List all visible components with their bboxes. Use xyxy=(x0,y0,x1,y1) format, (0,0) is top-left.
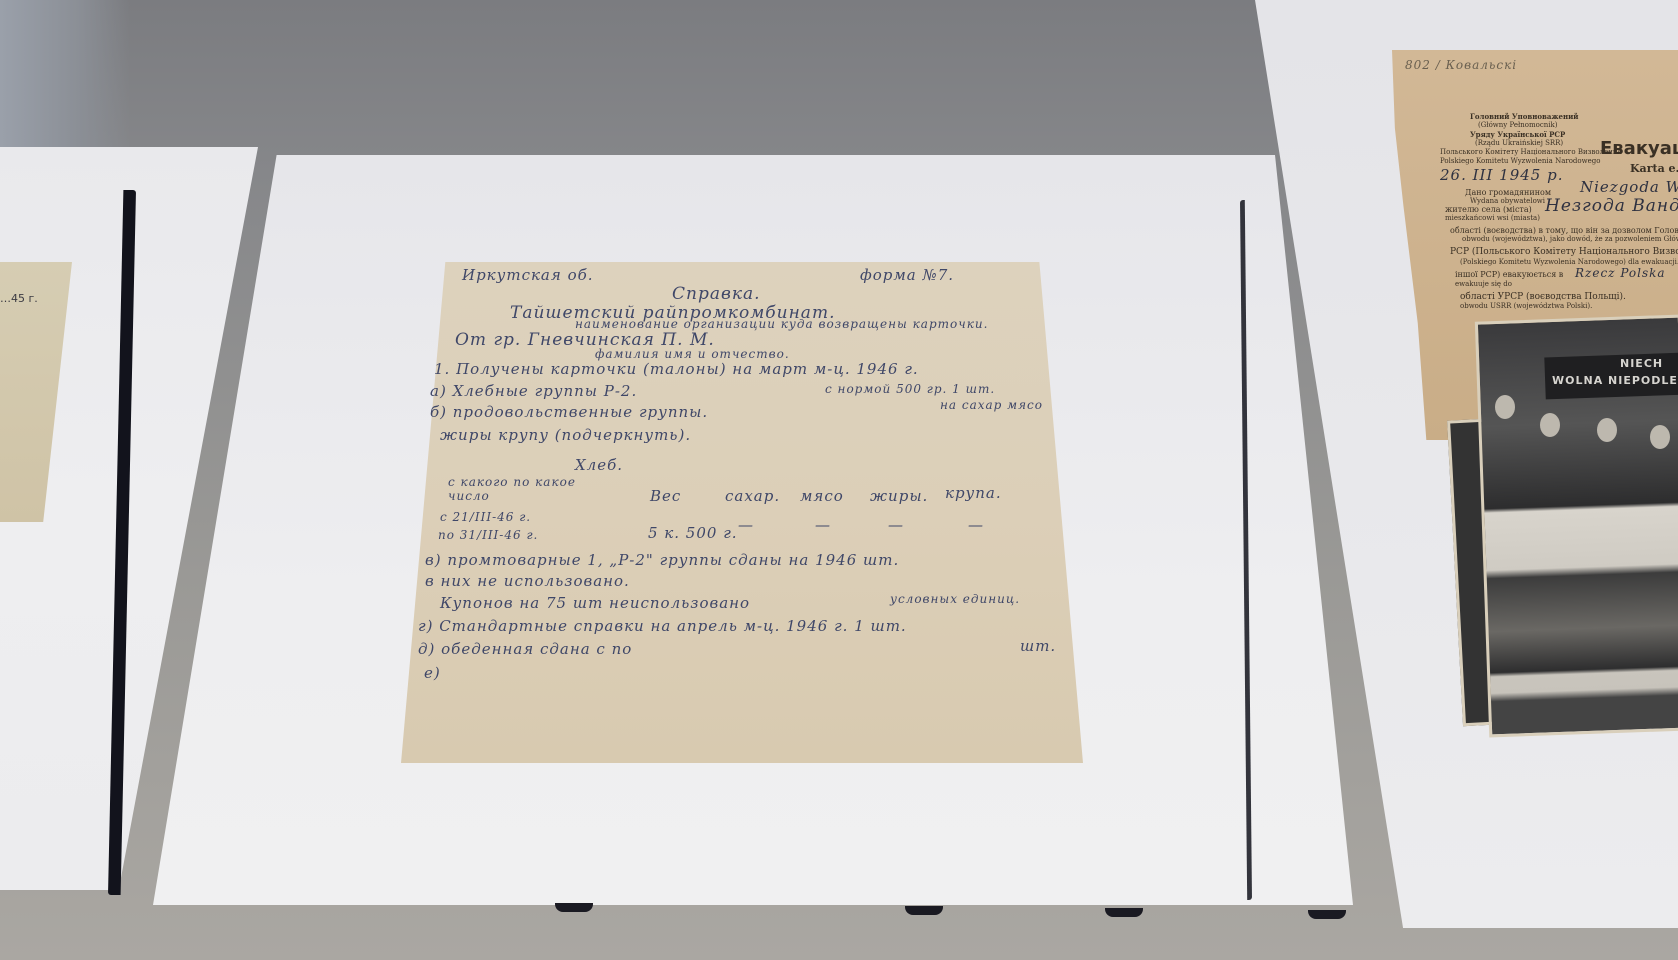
card-header-line: Polskiego Komitetu Wyzwolenia Narodowego xyxy=(1440,157,1600,165)
doc-line-v: в) промтоварные 1, „Р-2" группы сданы на… xyxy=(425,551,899,569)
card-title: Евакуаці… xyxy=(1600,138,1678,159)
photo-person xyxy=(1650,425,1670,449)
doc-row-to: по 31/III-46 г. xyxy=(438,528,538,542)
banner-text-line2: WOLNA NIEPODLEGŁ… xyxy=(1552,374,1678,387)
card-line: Дано громадянином xyxy=(1465,188,1551,197)
wall-glare xyxy=(0,0,130,150)
card-line: РСР (Польського Комітету Національного В… xyxy=(1450,247,1678,257)
doc-line-a-norm: с нормой 500 гр. 1 шт. xyxy=(825,382,995,396)
card-date: 26. ІІІ 1945 р. xyxy=(1440,166,1563,184)
card-line: (Polskiego Komitetu Wyzwolenia Narodoweg… xyxy=(1460,258,1678,266)
card-header-line: (Rządu Ukraińskiej SRR) xyxy=(1475,139,1563,147)
doc-line-coupons-right: условных единиц. xyxy=(890,592,1020,606)
card-line: жителю села (міста) xyxy=(1445,205,1532,214)
doc-table-header-meat: мясо xyxy=(800,487,844,505)
photo-person xyxy=(1540,413,1560,437)
card-line: Wydana obywatelowi xyxy=(1470,197,1545,205)
card-line: obwodu (województwa), jako dowód, że za … xyxy=(1462,235,1678,243)
doc-line-1: 1. Получены карточки (талоны) на март м-… xyxy=(434,360,919,378)
document-left-text: …45 г. xyxy=(0,292,38,305)
card-line: mieszkańcowi wsi (miasta) xyxy=(1445,214,1540,222)
doc-table-date-header: с какого по какое число xyxy=(448,475,578,503)
doc-row-dash: — xyxy=(738,516,754,534)
doc-row-dash: — xyxy=(888,516,904,534)
doc-title: Справка. xyxy=(672,284,761,304)
card-line: іншої РСР) евакуюється в xyxy=(1455,270,1563,279)
doc-table-header-sugar: сахар. xyxy=(725,487,780,505)
doc-row-weight: 5 к. 500 г. xyxy=(648,524,738,542)
card-destination: Rzecz Polska xyxy=(1575,266,1666,280)
doc-bread-heading: Хлеб. xyxy=(575,456,623,474)
doc-table-header-weight: Вес xyxy=(650,487,681,505)
card-header-line: Уряду Української РСР xyxy=(1470,130,1565,139)
doc-header-left: Иркутская об. xyxy=(462,266,594,284)
doc-header-right: форма №7. xyxy=(860,266,954,284)
doc-table-header-fats: жиры. xyxy=(870,487,928,505)
card-line: ewakuuje się do xyxy=(1455,280,1512,288)
board-foot xyxy=(1308,910,1346,919)
card-name-polish: Niezgoda W… xyxy=(1580,178,1678,196)
doc-line-e: е) xyxy=(424,664,441,682)
doc-line-g: г) Стандартные справки на апрель м-ц. 19… xyxy=(418,617,907,635)
card-header-line: Польського Комітету Національного Визвол… xyxy=(1440,148,1622,156)
doc-line-d-right: шт. xyxy=(1020,637,1056,655)
card-subtitle: Karta e… xyxy=(1630,162,1678,175)
board-foot xyxy=(1105,908,1143,917)
doc-organization-caption: наименование организации куда возвращены… xyxy=(575,317,988,331)
doc-row-from: с 21/III-46 г. xyxy=(440,510,531,524)
card-line: області (воєводства) в тому, що він за д… xyxy=(1450,226,1678,235)
banner-text-line1: NIECH xyxy=(1620,357,1663,370)
doc-row-dash: — xyxy=(968,516,984,534)
photo-person xyxy=(1597,418,1617,442)
archive-note: 802 / Ковальскі xyxy=(1405,58,1517,72)
board-foot xyxy=(905,906,943,915)
card-line: області УРСР (воєводства Польщі). xyxy=(1460,292,1626,302)
doc-line-v2: в них не использовано. xyxy=(425,572,630,590)
doc-line-b-right: на сахар мясо xyxy=(940,398,1043,412)
card-header-line: (Główny Pełnomocnik) xyxy=(1478,121,1558,129)
card-line: obwodu USRR (województwa Polski). xyxy=(1460,302,1592,310)
card-header-line: Головний Уповноважений xyxy=(1470,112,1578,121)
doc-name-caption: фамилия имя и отчество. xyxy=(595,347,790,361)
doc-row-dash: — xyxy=(815,516,831,534)
board-foot xyxy=(555,903,593,912)
card-name-ukrainian: Незгода Ванд… xyxy=(1545,196,1678,216)
doc-line-coupons: Купонов на 75 шт неиспользовано xyxy=(440,594,750,612)
doc-line-a: а) Хлебные группы Р-2. xyxy=(430,382,637,400)
photo-person xyxy=(1495,395,1515,419)
doc-line-d: д) обеденная сдана с по xyxy=(418,640,632,658)
doc-table-header-grain: крупа. xyxy=(945,484,1002,502)
doc-line-fats: жиры крупу (подчеркнуть). xyxy=(440,426,691,444)
doc-line-b: б) продовольственные группы. xyxy=(430,403,708,421)
